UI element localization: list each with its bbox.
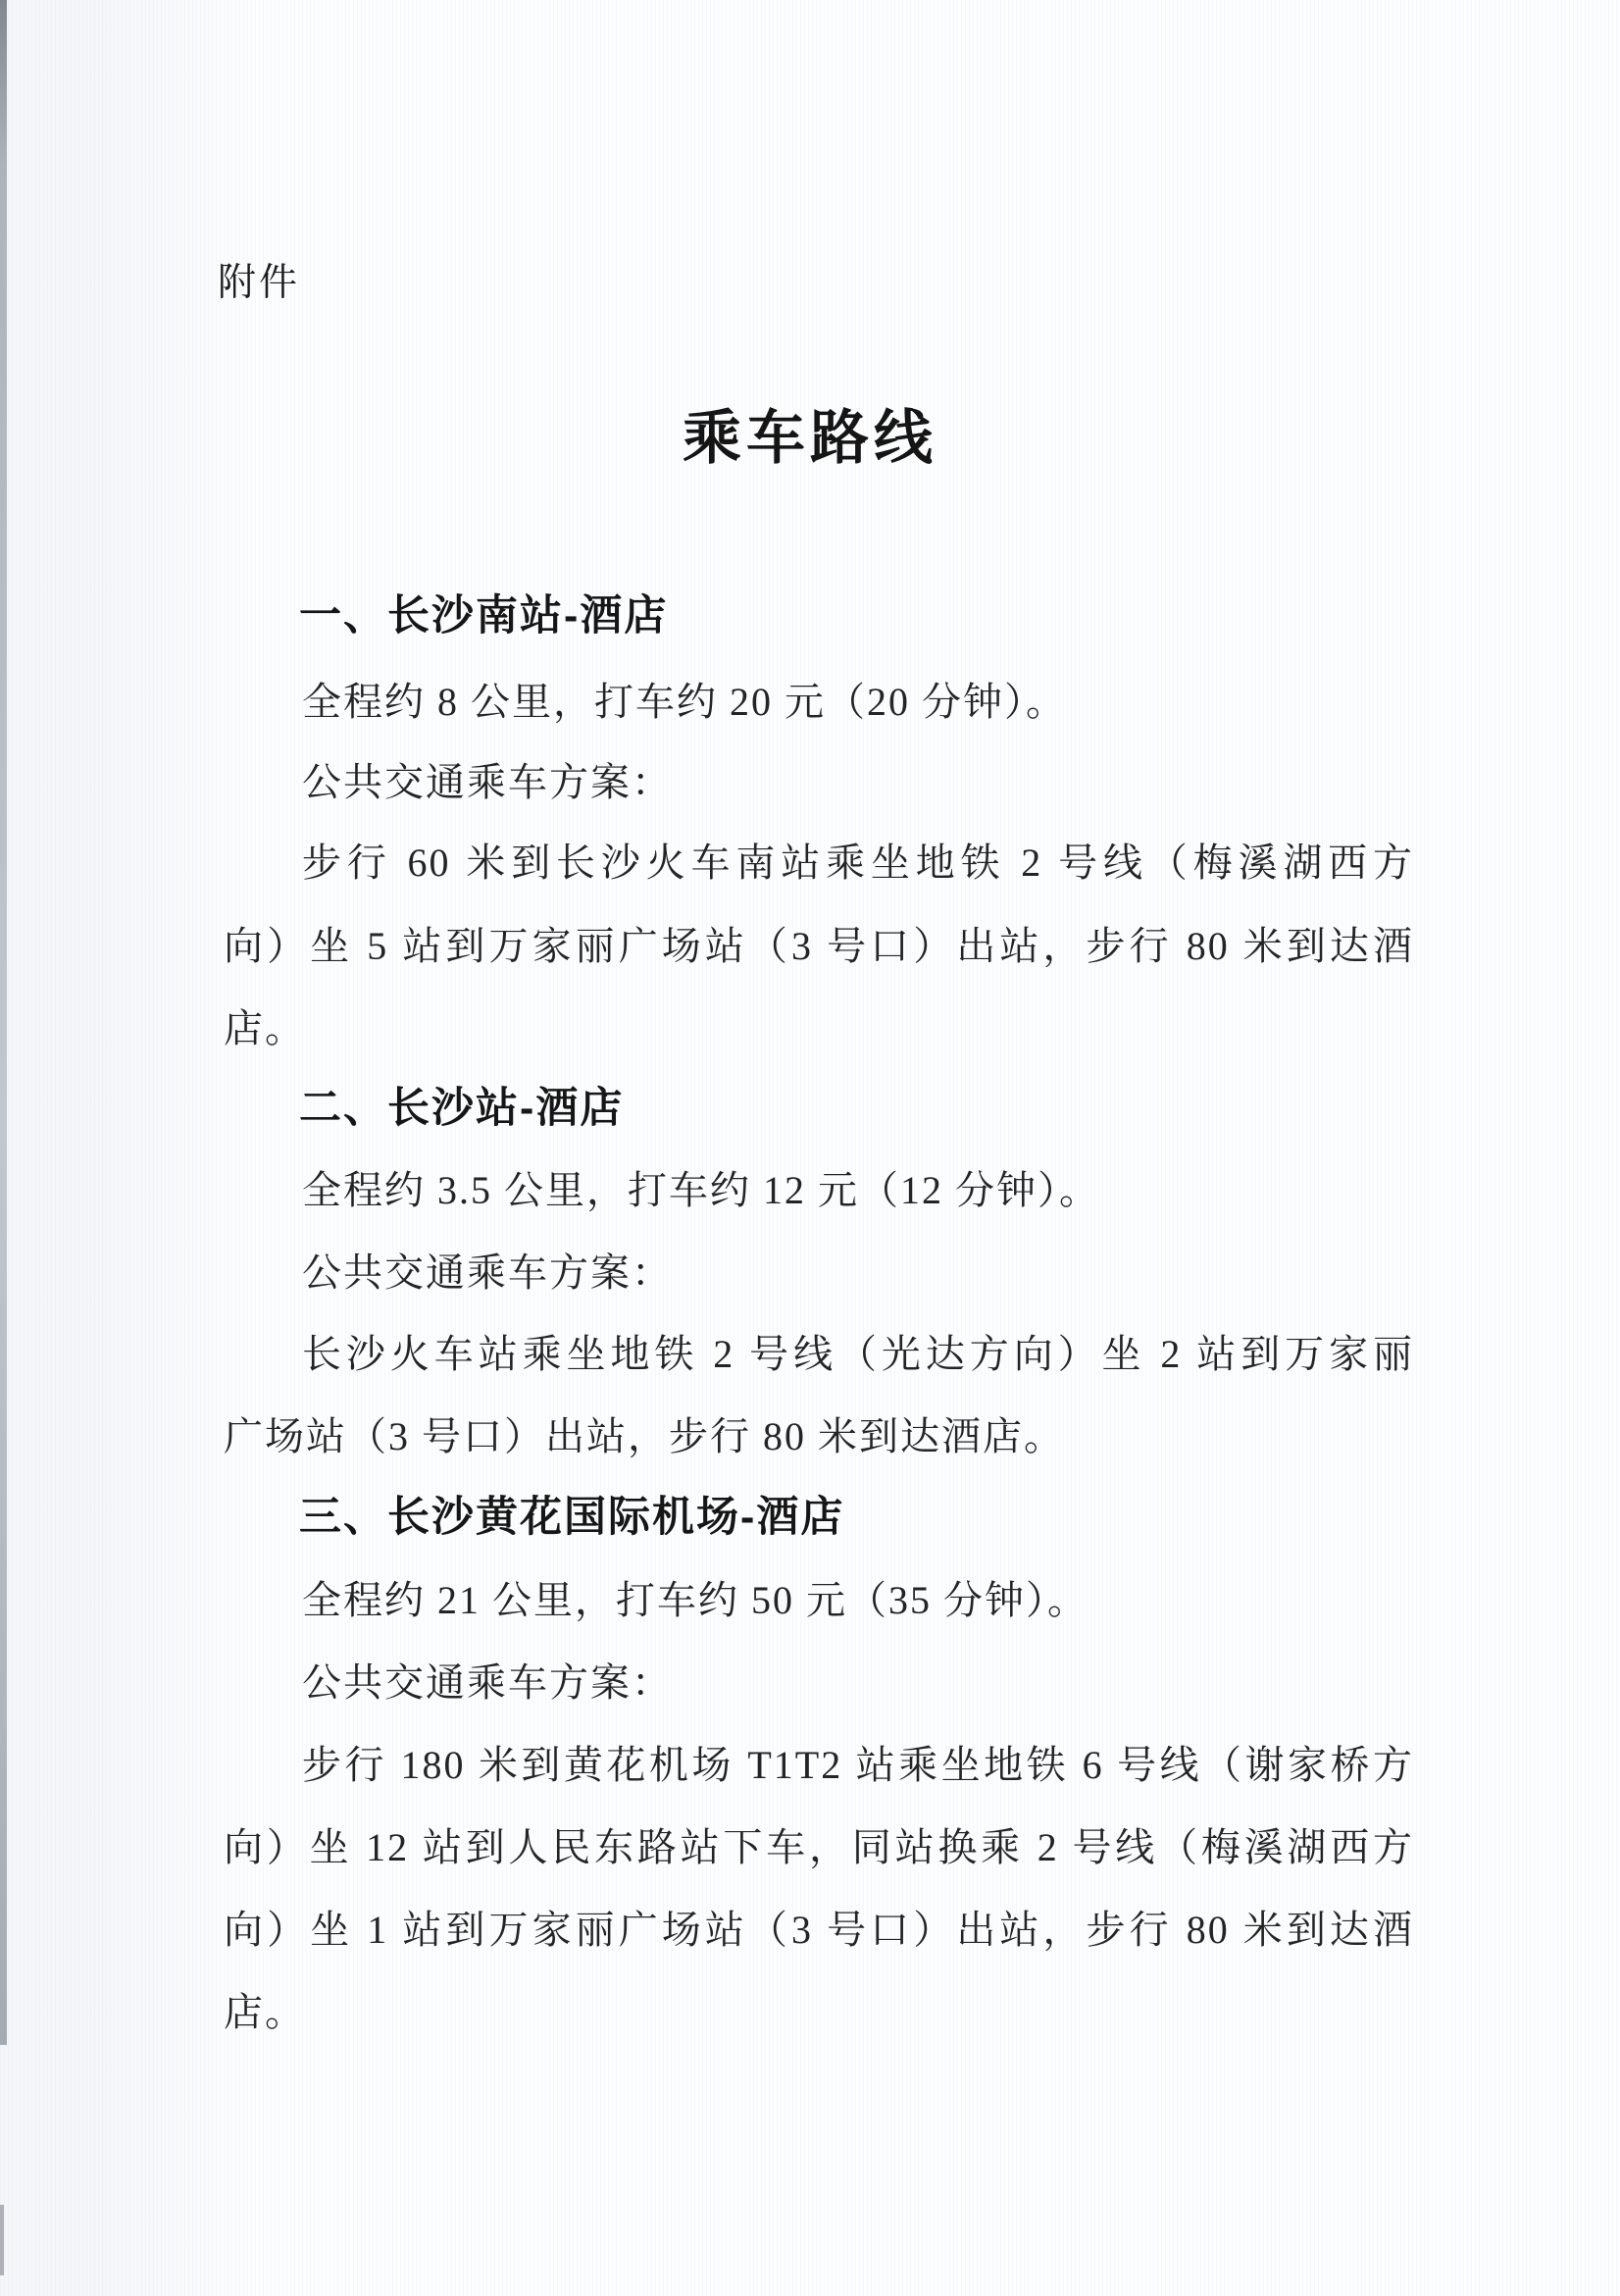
section-2-route-line: 广场站（3 号口）出站，步行 80 米到达酒店。	[224, 1415, 1414, 1457]
section-1-route-line: 步行 60 米到长沙火车南站乘坐地铁 2 号线（梅溪湖西方	[224, 842, 1414, 884]
section-1-route-line: 店。	[224, 1007, 1414, 1049]
section-2-summary: 全程约 3.5 公里，打车约 12 元（12 分钟）。	[302, 1169, 1100, 1211]
section-3-plan-label: 公共交通乘车方案：	[302, 1661, 673, 1704]
section-1-route-line: 向）坐 5 站到万家丽广场站（3 号口）出站，步行 80 米到达酒	[224, 925, 1414, 967]
section-3-summary: 全程约 21 公里，打车约 50 元（35 分钟）。	[302, 1579, 1088, 1621]
section-3-route-line: 步行 180 米到黄花机场 T1T2 站乘坐地铁 6 号线（谢家桥方	[224, 1744, 1414, 1786]
section-3-route-line: 向）坐 1 站到万家丽广场站（3 号口）出站，步行 80 米到达酒	[224, 1909, 1414, 1951]
section-2-route-line: 长沙火车站乘坐地铁 2 号线（光达方向）坐 2 站到万家丽	[224, 1333, 1414, 1375]
section-2-plan-label: 公共交通乘车方案：	[302, 1251, 673, 1294]
section-2-heading: 二、长沙站-酒店	[299, 1087, 624, 1131]
section-1-summary: 全程约 8 公里，打车约 20 元（20 分钟）。	[302, 681, 1067, 723]
scanned-document-page: 附件 乘车路线 一、长沙南站-酒店 全程约 8 公里，打车约 20 元（20 分…	[0, 0, 1620, 2296]
scan-left-edge	[0, 0, 7, 2045]
page-title: 乘车路线	[0, 406, 1620, 471]
section-3-route-line: 店。	[224, 1991, 1414, 2033]
section-1-heading: 一、长沙南站-酒店	[299, 594, 668, 638]
section-1-plan-label: 公共交通乘车方案：	[302, 761, 673, 803]
scan-left-edge-mark	[0, 2205, 4, 2275]
section-3-heading: 三、长沙黄花国际机场-酒店	[299, 1496, 844, 1540]
attachment-label: 附件	[218, 263, 300, 305]
section-3-route-line: 向）坐 12 站到人民东路站下车，同站换乘 2 号线（梅溪湖西方	[224, 1826, 1414, 1868]
